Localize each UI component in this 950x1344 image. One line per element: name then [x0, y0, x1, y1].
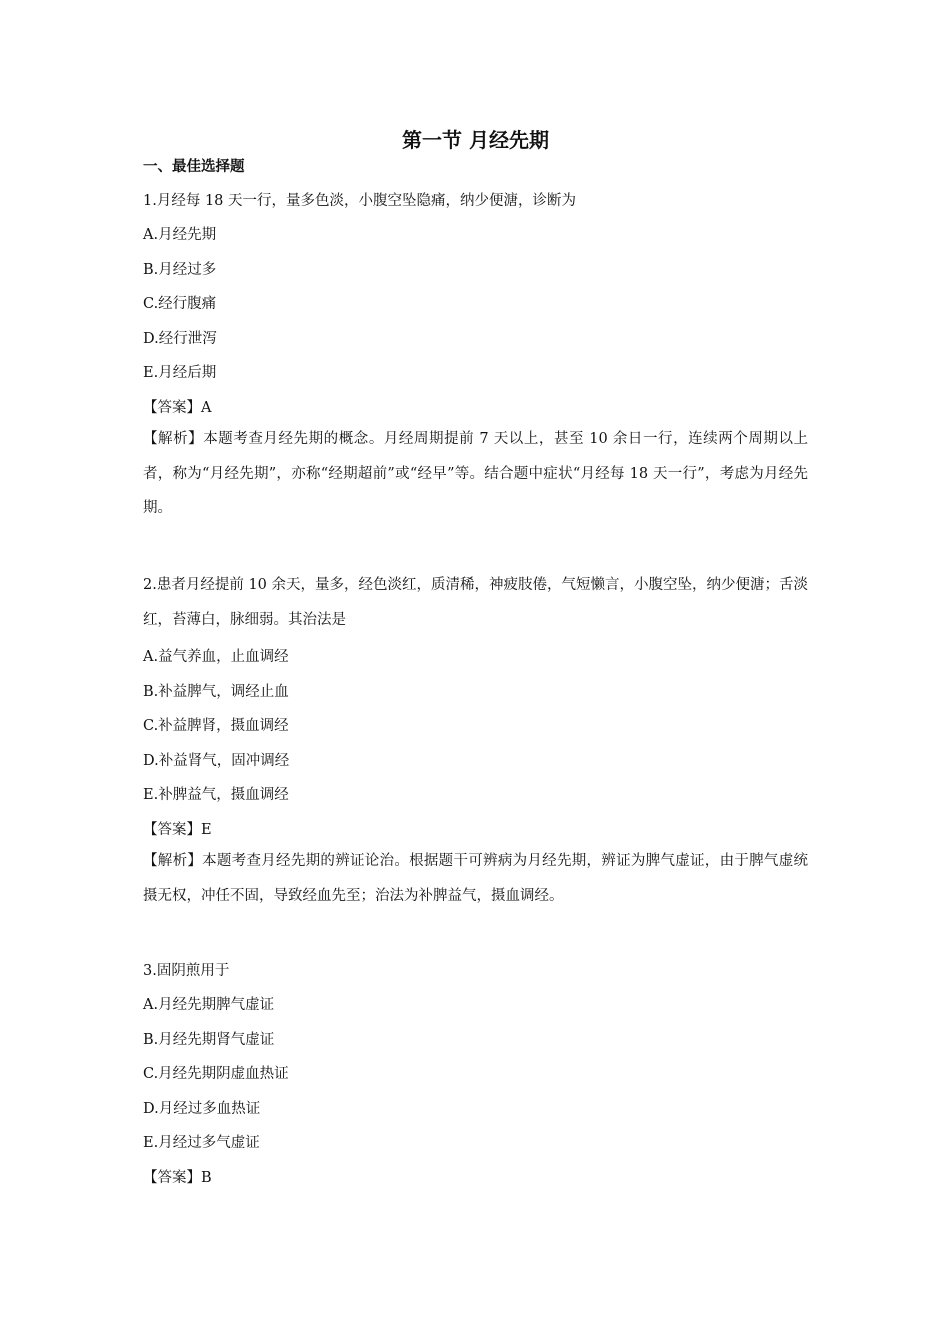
q1-option-e: E.月经后期	[143, 361, 216, 382]
q2-option-b: B.补益脾气，调经止血	[143, 680, 289, 701]
q1-stem: 1.月经每 18 天一行，量多色淡，小腹空坠隐痛，纳少便溏，诊断为	[143, 189, 576, 210]
q2-answer: 【答案】E	[143, 818, 212, 839]
section-heading: 一、最佳选择题	[143, 155, 245, 176]
q2-stem: 2.患者月经提前 10 余天，量多，经色淡红，质清稀，神疲肢倦，气短懒言，小腹空…	[143, 568, 808, 637]
q1-option-a: A.月经先期	[143, 223, 216, 244]
q1-answer: 【答案】A	[143, 396, 211, 417]
q1-option-d: D.经行泄泻	[143, 327, 217, 348]
q2-option-e: E.补脾益气，摄血调经	[143, 783, 289, 804]
q3-answer: 【答案】B	[143, 1166, 212, 1187]
q2-option-d: D.补益肾气，固冲调经	[143, 749, 289, 770]
q1-option-c: C.经行腹痛	[143, 292, 216, 313]
q2-option-c: C.补益脾肾，摄血调经	[143, 714, 289, 735]
q3-option-b: B.月经先期肾气虚证	[143, 1028, 274, 1049]
q1-analysis: 【解析】本题考查月经先期的概念。月经周期提前 7 天以上，甚至 10 余日一行，…	[143, 422, 808, 526]
q1-option-b: B.月经过多	[143, 258, 216, 279]
q2-analysis: 【解析】本题考查月经先期的辨证论治。根据题干可辨病为月经先期，辨证为脾气虚证，由…	[143, 844, 808, 913]
q3-option-c: C.月经先期阴虚血热证	[143, 1062, 289, 1083]
page-title: 第一节 月经先期	[143, 124, 808, 153]
q2-option-a: A.益气养血，止血调经	[143, 645, 289, 666]
q3-stem: 3.固阴煎用于	[143, 959, 229, 980]
q3-option-e: E.月经过多气虚证	[143, 1131, 260, 1152]
q3-option-d: D.月经过多血热证	[143, 1097, 260, 1118]
q3-option-a: A.月经先期脾气虚证	[143, 993, 274, 1014]
